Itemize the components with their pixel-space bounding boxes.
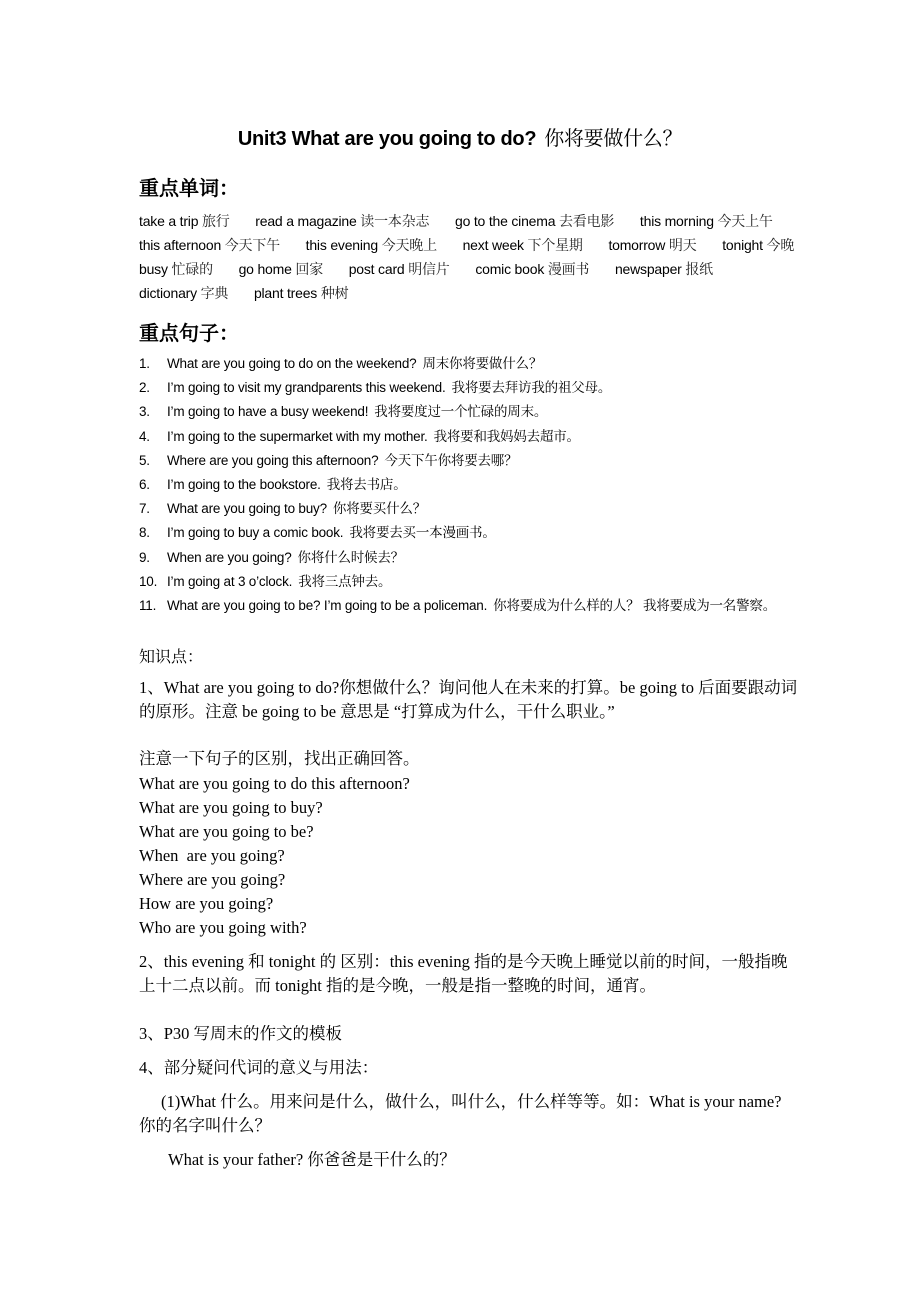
vocab-item: this morning 今天上午 bbox=[640, 213, 773, 229]
vocab-item: tonight 今晚 bbox=[722, 237, 794, 253]
question-item: What are you going to do this afternoon? bbox=[139, 772, 799, 796]
sentence-item: 11.What are you going to be? I’m going t… bbox=[139, 594, 799, 618]
sentence-item: 10.I’m going at 3 o’clock.我将三点钟去。 bbox=[139, 570, 799, 594]
vocab-item: tomorrow 明天 bbox=[608, 237, 696, 253]
vocab-item: this evening 今天晚上 bbox=[306, 237, 437, 253]
sentence-item: 9.When are you going?你将什么时候去？ bbox=[139, 546, 799, 570]
sentence-item: 2.I’m going to visit my grandparents thi… bbox=[139, 376, 799, 400]
sentence-item: 5.Where are you going this afternoon?今天下… bbox=[139, 449, 799, 473]
knowledge-point-1: 1、What are you going to do?你想做什么？询问他人在未来… bbox=[139, 676, 799, 724]
document-page: Unit3 What are you going to do?你将要做什么？ 重… bbox=[0, 0, 920, 1302]
vocab-list: take a trip 旅行 read a magazine 读一本杂志 go … bbox=[139, 209, 819, 305]
sentences-heading: 重点句子： bbox=[139, 317, 239, 346]
sentence-item: 3.I’m going to have a busy weekend!我将要度过… bbox=[139, 400, 799, 424]
question-item: How are you going? bbox=[139, 892, 799, 916]
question-list: What are you going to do this afternoon?… bbox=[139, 772, 799, 940]
question-item: What are you going to buy? bbox=[139, 796, 799, 820]
vocab-item: newspaper 报纸 bbox=[615, 261, 713, 277]
example-sentence: What is your father? 你爸爸是干什么的？ bbox=[139, 1148, 828, 1172]
sentence-item: 4.I’m going to the supermarket with my m… bbox=[139, 425, 799, 449]
vocab-item: next week 下个星期 bbox=[463, 237, 583, 253]
knowledge-point-2: 2、this evening 和 tonight 的 区别：this eveni… bbox=[139, 950, 799, 998]
vocab-item: dictionary 字典 bbox=[139, 285, 228, 301]
question-item: Where are you going? bbox=[139, 868, 799, 892]
knowledge-point-3: 3、P30 写周末的作文的模板 bbox=[139, 1022, 799, 1046]
title-english: Unit3 What are you going to do? bbox=[238, 128, 536, 150]
vocab-item: go to the cinema 去看电影 bbox=[455, 213, 614, 229]
vocab-heading: 重点单词： bbox=[139, 172, 239, 201]
sentences-list: 1.What are you going to do on the weeken… bbox=[139, 352, 799, 618]
sentence-item: 1.What are you going to do on the weeken… bbox=[139, 352, 799, 376]
vocab-item: this afternoon 今天下午 bbox=[139, 237, 280, 253]
sentence-item: 6.I’m going to the bookstore.我将去书店。 bbox=[139, 473, 799, 497]
knowledge-point-4: 4、部分疑问代词的意义与用法： bbox=[139, 1056, 799, 1080]
knowledge-points-label: 知识点： bbox=[139, 644, 203, 667]
sentence-item: 7.What are you going to buy?你将要买什么？ bbox=[139, 497, 799, 521]
title-chinese: 你将要做什么？ bbox=[544, 128, 682, 150]
vocab-item: busy 忙碌的 bbox=[139, 261, 213, 277]
question-item: When are you going? bbox=[139, 844, 799, 868]
sentence-item: 8.I’m going to buy a comic book.我将要去买一本漫… bbox=[139, 521, 799, 545]
page-title: Unit3 What are you going to do?你将要做什么？ bbox=[0, 122, 920, 151]
note-text: 注意一下句子的区别，找出正确回答。 bbox=[139, 747, 799, 771]
knowledge-point-4-what: (1)What 什么。用来问是什么，做什么，叫什么，什么样等等。如：What i… bbox=[139, 1090, 799, 1138]
question-item: What are you going to be? bbox=[139, 820, 799, 844]
vocab-item: take a trip 旅行 bbox=[139, 213, 230, 229]
vocab-item: plant trees 种树 bbox=[254, 285, 349, 301]
vocab-item: read a magazine 读一本杂志 bbox=[255, 213, 429, 229]
vocab-item: comic book 漫画书 bbox=[475, 261, 589, 277]
vocab-item: go home 回家 bbox=[239, 261, 323, 277]
vocab-item: post card 明信片 bbox=[349, 261, 450, 277]
question-item: Who are you going with? bbox=[139, 916, 799, 940]
